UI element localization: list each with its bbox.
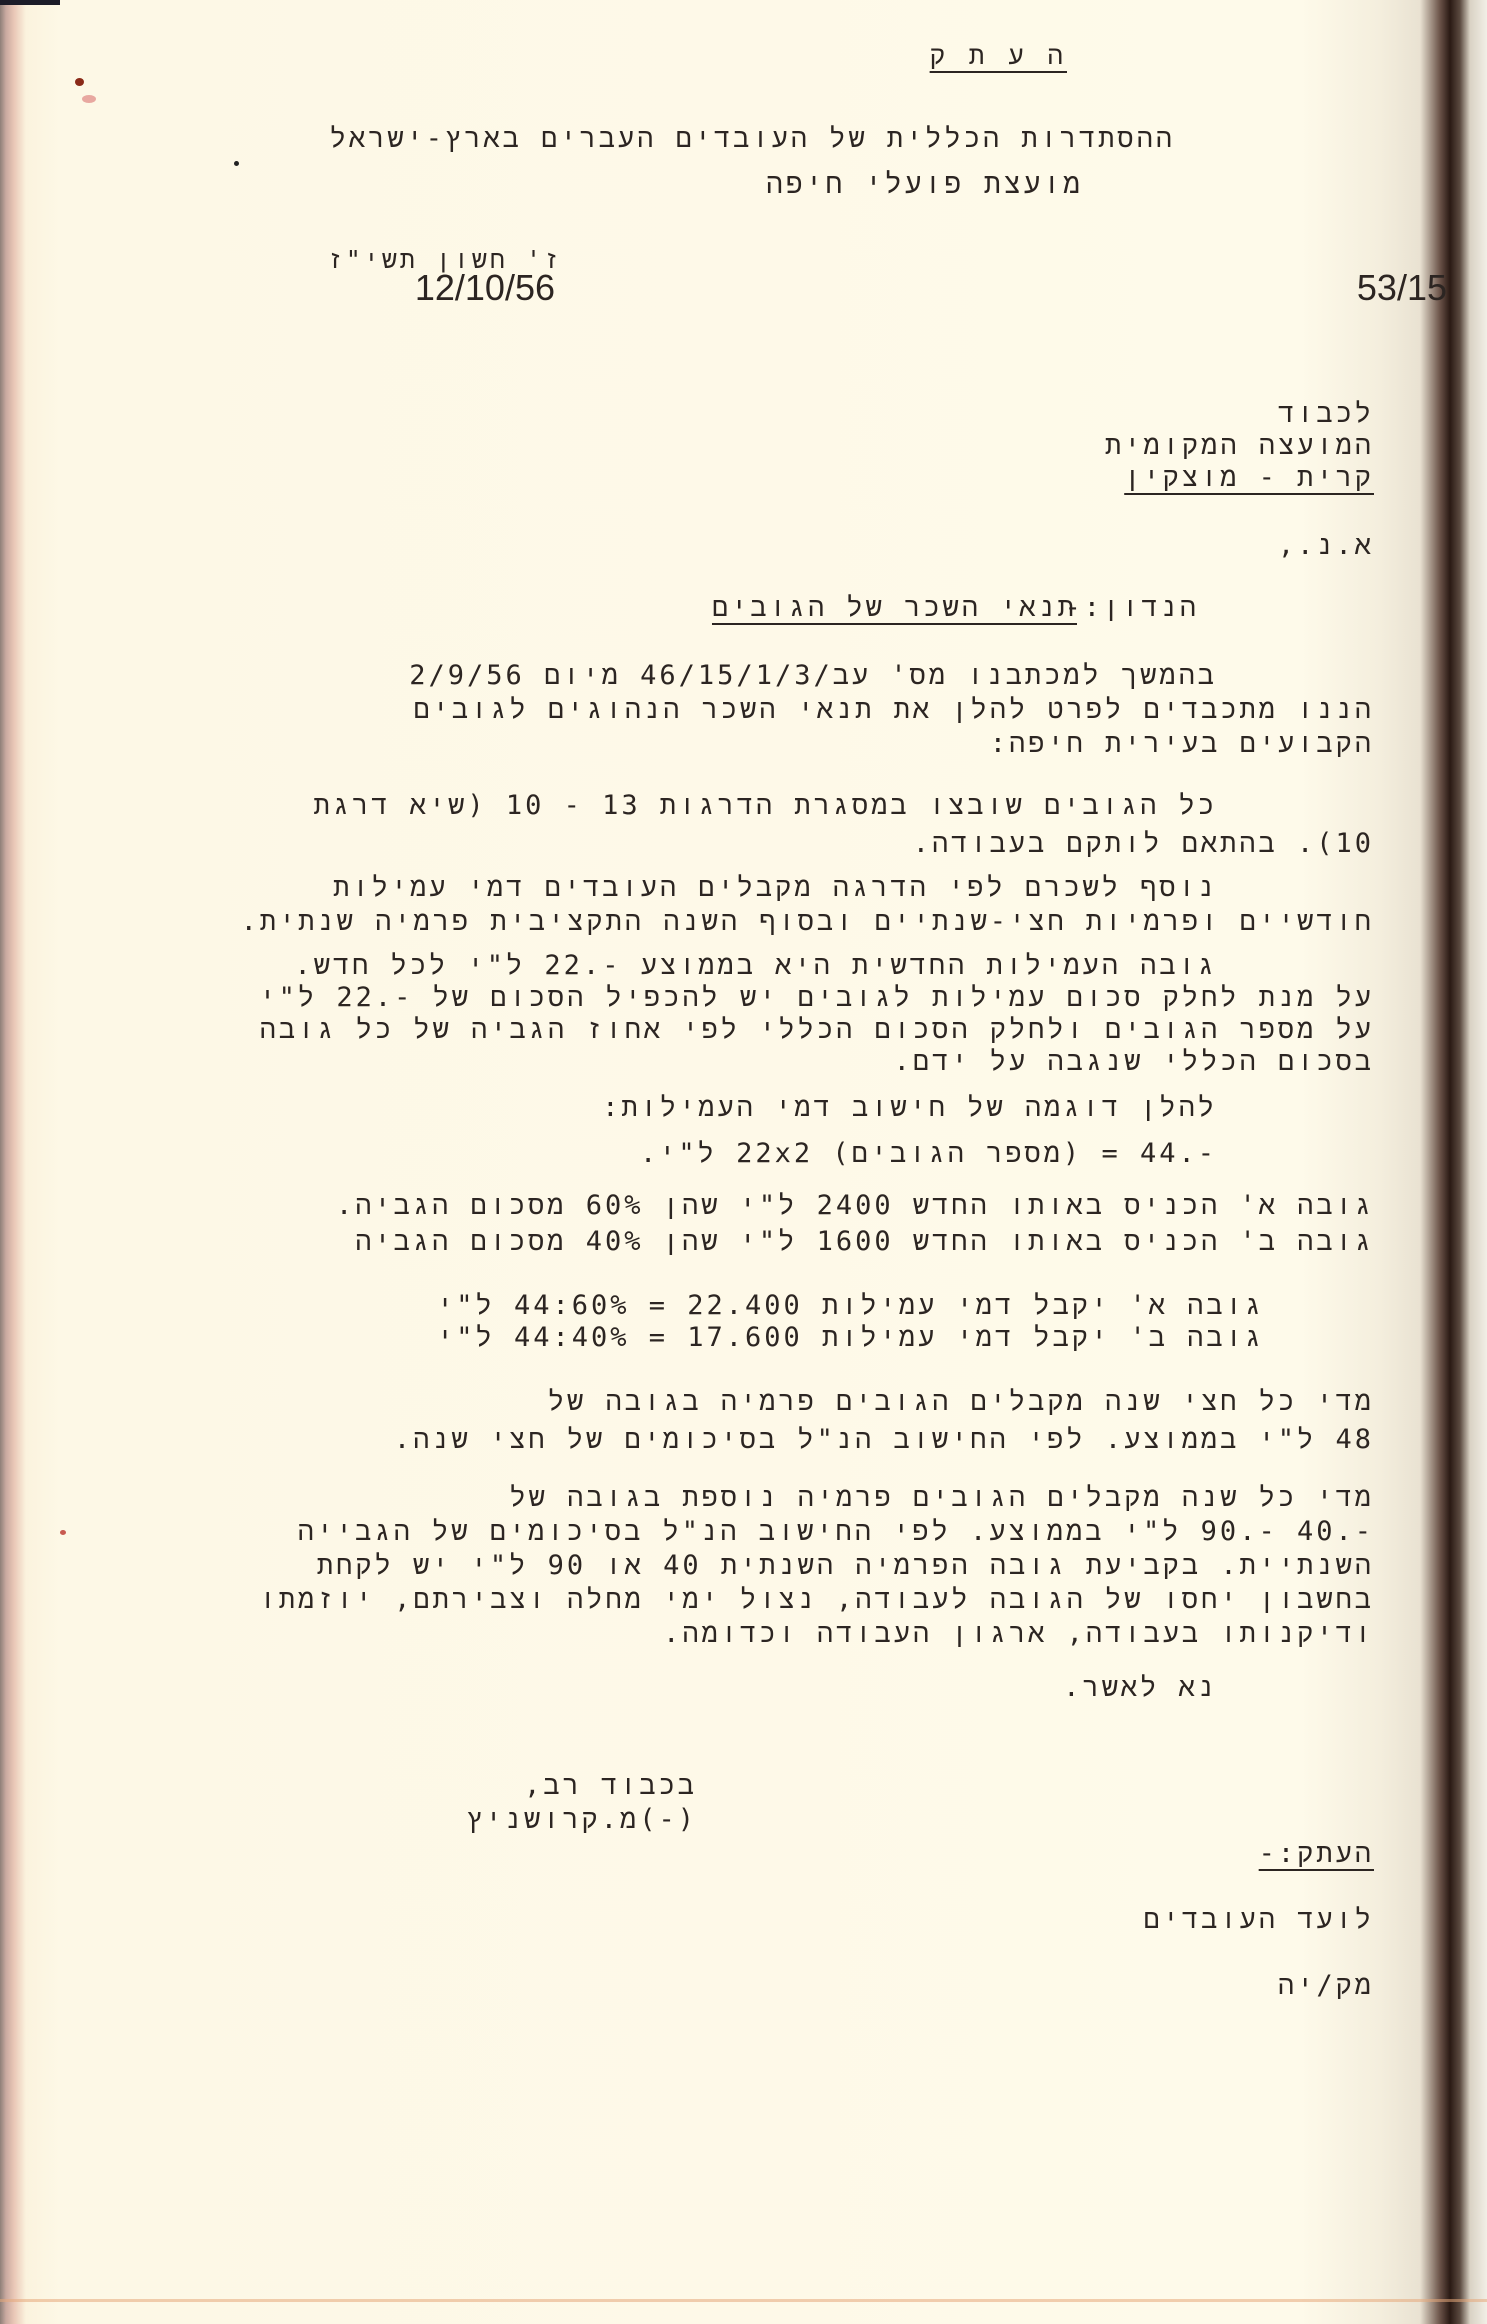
letterhead-organization: ההסתדרות הכללית של העובדים העברים בארץ-י… — [330, 123, 1175, 155]
para4-line-2: 48 ל"י בממוצע. לפי החישוב הנ"ל בסיכומים … — [394, 1424, 1374, 1456]
stain-spot — [82, 95, 96, 103]
signature: (-)מ.קרושניץ — [466, 1804, 697, 1836]
intro-line-2: הננו מתכבדים לפרט להלן את תנאי השכר הנהו… — [413, 694, 1374, 726]
example-formula: -.44 = (מספר הגובים) 22x2 ל"י. — [640, 1138, 1217, 1170]
example-collection-b: גובה ב' הכניס באותו החדש 1600 ל"י שהן 40… — [355, 1226, 1374, 1258]
ink-spot — [234, 161, 239, 166]
para1-line-2: 10). בהתאם לותקם בעבודה. — [913, 828, 1374, 860]
reference-number: 53/15 — [1357, 272, 1447, 304]
intro-line-1: בהמשך למכתבנו מס' עב/46/15/1/3 מיום 2/9/… — [409, 660, 1217, 692]
para5-line-4: בחשבון יחסו של הגובה לעבודה, נצול ימי מח… — [260, 1584, 1374, 1616]
para3-line-4: בסכום הכללי שנגבה על ידם. — [894, 1046, 1374, 1078]
ink-spot — [75, 78, 84, 86]
subject-label: הנדון:- — [1064, 592, 1199, 624]
example-result-b: גובה ב' יקבל דמי עמילות 17.600 = 44:40% … — [437, 1322, 1264, 1354]
para5-line-5: ודיקנותו בעבודה, ארגון העבודה וכדומה. — [663, 1618, 1374, 1650]
para5-line-2: -.40 -.90 ל"י בממוצע. לפי החישוב הנ"ל בס… — [298, 1516, 1374, 1548]
greeting: א.נ., — [1278, 530, 1374, 562]
para3-line-2: על מנת לחלק סכום עמילות לגובים יש להכפיל… — [259, 982, 1374, 1014]
subject-text: תנאי השכר של הגובים — [712, 592, 1077, 624]
example-result-a: גובה א' יקבל דמי עמילות 22.400 = 44:60% … — [437, 1290, 1264, 1322]
recipient-line2: קרית - מוצקין — [1124, 462, 1374, 494]
typist-initials: מק/יה — [1278, 1970, 1374, 2002]
para3-line-1: גובה העמילות החדשית היא בממוצע -.22 ל"י … — [295, 950, 1217, 982]
recipient-salutation: לכבוד — [1278, 398, 1374, 430]
para1-line-1: כל הגובים שובצו במסגרת הדרגות 13 - 10 (ש… — [314, 790, 1217, 822]
letterhead-council: מועצת פועלי חיפה — [766, 168, 1083, 200]
recipient-line1: המועצה המקומית — [1105, 430, 1374, 462]
scan-edge — [0, 0, 60, 5]
para4-line-1: מדי כל חצי שנה מקבלים הגובים פרמיה בגובה… — [548, 1386, 1374, 1418]
page-bottom-edge — [0, 2299, 1487, 2302]
gregorian-date: 12/10/56 — [415, 272, 555, 304]
cc-recipient: לועד העובדים — [1144, 1904, 1374, 1936]
para3-line-3: על מספר הגובים ולחלק הסכום הכללי לפי אחו… — [260, 1014, 1374, 1046]
intro-line-3: הקבועים בעירית חיפה: — [990, 728, 1374, 760]
example-heading: להלן דוגמה של חישוב דמי העמילות: — [602, 1092, 1217, 1124]
signoff: בכבוד רב, — [524, 1770, 697, 1802]
ink-spot — [60, 1530, 66, 1535]
closing-request: נא לאשר. — [1063, 1672, 1217, 1704]
example-collection-a: גובה א' הכניס באותו החדש 2400 ל"י שהן 60… — [336, 1190, 1374, 1222]
para5-line-3: השנתיית. בקביעת גובה הפרמיה השנתית 40 או… — [317, 1550, 1374, 1582]
cc-label: העתק:- — [1259, 1838, 1374, 1870]
para5-line-1: מדי כל שנה מקבלים הגובים פרמיה נוספת בגו… — [509, 1482, 1374, 1514]
copy-mark: ה ע ת ק — [930, 40, 1067, 72]
para2-line-1: נוסף לשכרם לפי הדרגה מקבלים העובדים דמי … — [333, 872, 1217, 904]
para2-line-2: חודשיים ופרמיות חצי-שנתיים ובסוף השנה הת… — [241, 906, 1374, 938]
